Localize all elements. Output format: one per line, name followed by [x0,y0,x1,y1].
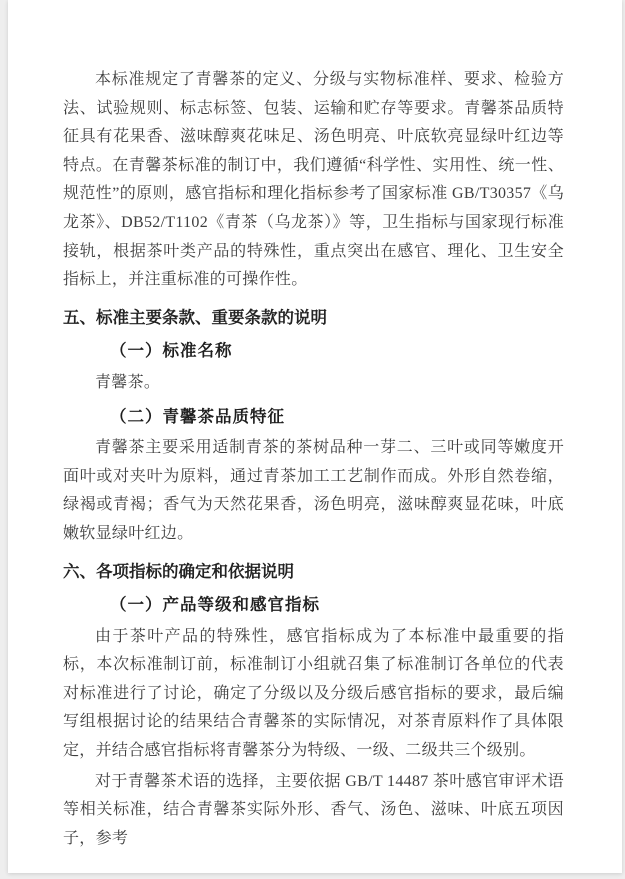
section-heading-6: 六、各项指标的确定和依据说明 [63,558,564,587]
subsection-heading-grades-sensory: （一）产品等级和感官指标 [110,591,564,620]
section-heading-5: 五、标准主要条款、重要条款的说明 [63,304,564,333]
paragraph-quality-traits: 青馨茶主要采用适制青茶的茶树品种一芽二、三叶或同等嫩度开面叶或对夹叶为原料，通过… [63,434,564,548]
paragraph-grading-discussion: 由于茶叶产品的特殊性，感官指标成为了本标准中最重要的指标，本次标准制订前，标准制… [63,623,564,766]
document-canvas: 本标准规定了青馨茶的定义、分级与实物标准样、要求、检验方法、试验规则、标志标签、… [0,0,625,879]
paragraph-terminology-basis: 对于青馨茶术语的选择，主要依据 GB/T 14487 茶叶感官审评术语等相关标准… [63,768,564,854]
paragraph-intro-scope: 本标准规定了青馨茶的定义、分级与实物标准样、要求、检验方法、试验规则、标志标签、… [63,66,564,295]
subsection-heading-quality-traits: （二）青馨茶品质特征 [110,403,564,432]
document-page: 本标准规定了青馨茶的定义、分级与实物标准样、要求、检验方法、试验规则、标志标签、… [8,0,622,873]
page-content: 本标准规定了青馨茶的定义、分级与实物标准样、要求、检验方法、试验规则、标志标签、… [8,0,622,853]
paragraph-standard-name: 青馨茶。 [63,369,564,398]
subsection-heading-standard-name: （一）标准名称 [110,337,564,366]
